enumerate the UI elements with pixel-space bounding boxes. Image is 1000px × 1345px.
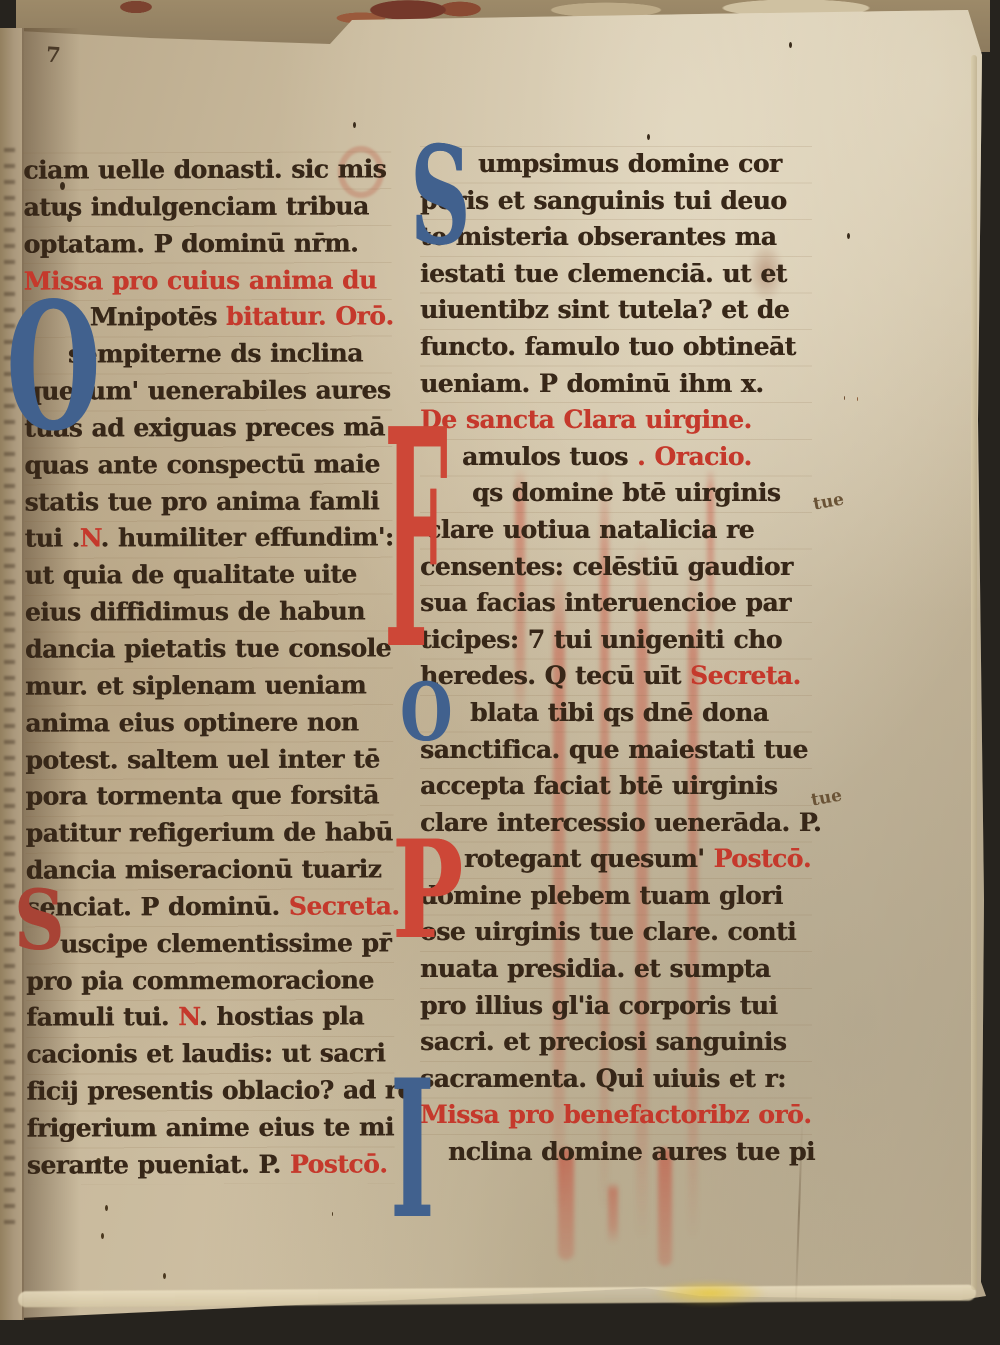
ink-text: sanctifica. que maiestati tue (420, 735, 808, 764)
ink-text: ciam uelle donasti. sic mis (23, 154, 386, 184)
manuscript-line: domine plebem tuam glori (420, 878, 812, 915)
ink-text: serante pueniat. P. (27, 1150, 290, 1180)
ink-text: . humiliter effundim': (100, 523, 393, 553)
wax-stain (652, 1280, 768, 1306)
ink-text: famuli tui. (26, 1003, 178, 1033)
ink-text: pro illius gl'ia corporis tui (420, 991, 777, 1020)
manuscript-line: Missa pro benefactoribz orō. (420, 1097, 812, 1134)
ink-text: dancia pietatis tue console (25, 633, 391, 663)
ink-text: amulos tuos (462, 442, 637, 471)
manuscript-line: uscipe clementissime pr̄ (26, 925, 394, 963)
manuscript-line: anima eius optinere non (25, 704, 393, 742)
rubric-text: De sancta Clara uirgine. (420, 405, 752, 434)
manuscript-line: poris et sanguinis tui deuo (420, 183, 812, 220)
initial-inclina: I (390, 1055, 434, 1245)
manuscript-line: ticipes: 7 tui unigeniti cho (420, 622, 812, 659)
manuscript-line: optatam. P dominū nr̄m. (23, 225, 391, 263)
ink-text: ut quia de qualitate uite (25, 560, 357, 590)
initial-suscipe: S (14, 880, 64, 962)
manuscript-line: pora tormenta que forsitā (25, 778, 393, 816)
manuscript-line: sacri. et preciosi sanguinis (420, 1024, 812, 1061)
manuscript-line: sua facias interuencioe par (420, 585, 812, 622)
initial-protegant: P (392, 822, 463, 957)
ink-text: rotegant quesum' (464, 844, 714, 873)
manuscript-line: patitur refigerium de habū (26, 815, 394, 853)
ink-text: nclina domine aures tue pi (448, 1137, 815, 1166)
manuscript-line: nclina domine aures tue pi (420, 1134, 812, 1171)
ink-text: qs domine btē uirginis (472, 478, 780, 507)
ink-text: statis tue pro anima famli (24, 486, 379, 516)
ink-text: uscipe clementissime pr̄ (60, 928, 391, 958)
manuscript-line: rotegant quesum' Postcō. (420, 841, 812, 878)
ink-text: te misteria obserantes ma (420, 222, 776, 251)
manuscript-line: potest. saltem uel inter tē (25, 741, 393, 779)
ink-text: Mnipotēs (90, 302, 226, 331)
ink-text: pro pia commemoracione (26, 965, 374, 995)
rubric-text: Postcō. (714, 844, 812, 873)
ink-text: optatam. P dominū nr̄m. (23, 228, 358, 258)
ink-text: accepta faciat btē uirginis (420, 771, 777, 800)
rubric-text: N (178, 1002, 199, 1031)
manuscript-line: censentes: celēstiū gaudior (420, 549, 812, 586)
ink-text: uiuentibz sint tutela? et de (420, 295, 789, 324)
manuscript-line: tui .N. humiliter effundim': (24, 520, 392, 558)
ink-text: heredes. Q tecū uīt (420, 661, 690, 690)
manuscript-line: ficij presentis oblacio? ad re (26, 1072, 394, 1110)
manuscript-line: accepta faciat btē uirginis (420, 768, 812, 805)
ink-text: umpsimus domine cor (478, 149, 782, 178)
facing-page-gutter (0, 28, 24, 1320)
manuscript-line: pro illius gl'ia corporis tui (420, 988, 812, 1025)
manuscript-line: umpsimus domine cor (420, 146, 812, 183)
manuscript-line: uiuentibz sint tutela? et de (420, 292, 812, 329)
ink-text: clare intercessio uenerāda. P. (420, 808, 821, 837)
ink-text: patitur refigerium de habū (26, 818, 393, 848)
manuscript-line: clare uotiua natalicia re (420, 512, 812, 549)
red-pigment-stain (608, 1182, 618, 1244)
ink-text: eius diffidimus de habun (25, 597, 365, 627)
manuscript-line: eius diffidimus de habun (25, 593, 393, 631)
manuscript-line: serante pueniat. P. Postcō. (27, 1146, 395, 1184)
initial-famulos: F (384, 390, 448, 690)
manuscript-photo: { "manuscript": { "description": "Mediev… (0, 0, 1000, 1345)
manuscript-line: De sancta Clara uirgine. (420, 402, 812, 439)
ink-text: potest. saltem uel inter tē (25, 744, 379, 774)
manuscript-line: te misteria obserantes ma (420, 219, 812, 256)
right-text-column: umpsimus domine corporis et sanguinis tu… (420, 146, 812, 1171)
ink-text: domine plebem tuam glori (420, 881, 783, 910)
manuscript-line: nuata presidia. et sumpta (420, 951, 812, 988)
manuscript-line: dancia pietatis tue console (25, 630, 393, 668)
rubric-text: Postcō. (290, 1149, 388, 1178)
ink-text: sacri. et preciosi sanguinis (420, 1027, 786, 1056)
ink-text: blata tibi qs dnē dona (470, 698, 768, 727)
manuscript-line: atus indulgenciam tribua (23, 188, 391, 226)
ink-text: sua facias interuencioe par (420, 588, 791, 617)
ink-text: censentes: celēstiū gaudior (420, 552, 793, 581)
ink-text: poris et sanguinis tui deuo (420, 186, 786, 215)
ink-text: sacramenta. Qui uiuis et r: (420, 1064, 786, 1093)
manuscript-line: sacramenta. Qui uiuis et r: (420, 1061, 812, 1098)
rubric-text: . Oracio. (637, 442, 752, 471)
ink-text: ose uirginis tue clare. conti (420, 917, 796, 946)
manuscript-line: ut quia de qualitate uite (25, 557, 393, 595)
ink-text: nuata presidia. et sumpta (420, 954, 770, 983)
ink-text: clare uotiua natalicia re (426, 515, 754, 544)
margin-mark: 7 (45, 42, 61, 68)
manuscript-line: statis tue pro anima famli (24, 483, 392, 521)
manuscript-line: dancia miseracionū tuariz (26, 851, 394, 889)
ink-text: ficij presentis oblacio? ad re (26, 1075, 412, 1105)
manuscript-line: heredes. Q tecū uīt Secreta. (420, 658, 812, 695)
manuscript-line: amulos tuos . Oracio. (420, 439, 812, 476)
initial-omnipotens: O (6, 280, 101, 455)
ink-text: iestati tue clemenciā. ut et (420, 259, 787, 288)
ink-text: . hostias pla (199, 1002, 364, 1032)
initial-sumpsimus: S (410, 128, 470, 263)
ink-text: functo. famulo tuo obtineāt (420, 332, 796, 361)
initial-oblata: O (400, 672, 452, 752)
ink-text: mur. et siplenam ueniam (25, 670, 366, 700)
manuscript-line: senciat. P dominū. Secreta. (26, 888, 394, 926)
right-page-edge (971, 55, 977, 1290)
manuscript-line: blata tibi qs dnē dona (420, 695, 812, 732)
rubric-text: Secreta. (289, 891, 400, 920)
manuscript-line: pro pia commemoracione (26, 962, 394, 1000)
manuscript-line: qs domine btē uirginis (420, 475, 812, 512)
ink-text: ueniam. P dominū ihm x. (420, 369, 763, 398)
rubric-text: Missa pro benefactoribz orō. (420, 1100, 811, 1129)
manuscript-line: frigerium anime eius te mi (27, 1109, 395, 1147)
ink-text: frigerium anime eius te mi (27, 1112, 394, 1142)
ink-text: atus indulgenciam tribua (23, 191, 368, 221)
ink-text: pora tormenta que forsitā (25, 781, 378, 811)
ink-text: dancia miseracionū tuariz (26, 854, 382, 884)
manuscript-line: ose uirginis tue clare. conti (420, 914, 812, 951)
ink-text: cacionis et laudis: ut sacri (26, 1039, 385, 1069)
ink-text: ticipes: 7 tui unigeniti cho (420, 625, 782, 654)
manuscript-line: mur. et siplenam ueniam (25, 667, 393, 705)
manuscript-line: iestati tue clemenciā. ut et (420, 256, 812, 293)
rubric-text: bitatur. Orō. (226, 302, 394, 332)
manuscript-line: ueniam. P dominū ihm x. (420, 366, 812, 403)
manuscript-line: famuli tui. N. hostias pla (26, 999, 394, 1037)
ink-text: anima eius optinere non (25, 707, 358, 737)
manuscript-line: functo. famulo tuo obtineāt (420, 329, 812, 366)
ink-text: senciat. P dominū. (26, 892, 289, 922)
rubric-text: Secreta. (690, 661, 801, 690)
ink-text: tui . (24, 524, 79, 553)
rubric-text: N (80, 524, 101, 553)
manuscript-line: sanctifica. que maiestati tue (420, 732, 812, 769)
manuscript-line: cacionis et laudis: ut sacri (26, 1036, 394, 1074)
manuscript-line: ciam uelle donasti. sic mis (23, 151, 391, 189)
manuscript-line: clare intercessio uenerāda. P. (420, 805, 812, 842)
ink-text: sempiterne ds inclina (68, 339, 363, 369)
